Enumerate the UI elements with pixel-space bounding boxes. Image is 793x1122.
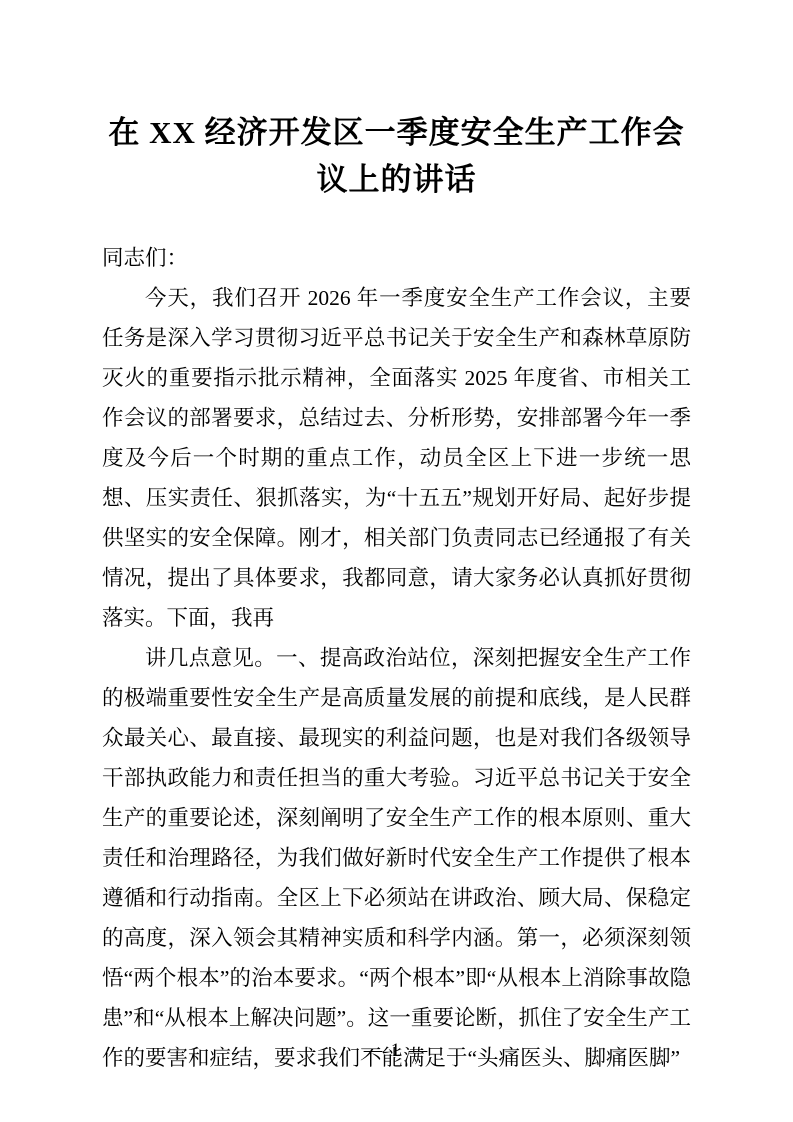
- document-content: 在 XX 经济开发区一季度安全生产工作会 议上的讲话 同志们： 今天，我们召开 …: [0, 0, 793, 1078]
- paragraph-greeting: 同志们：: [102, 238, 691, 278]
- document-title-line-1: 在 XX 经济开发区一季度安全生产工作会: [102, 109, 691, 156]
- paragraph-opening: 今天，我们召开 2026 年一季度安全生产工作会议，主要任务是深入学习贯彻习近平…: [102, 278, 691, 638]
- document-body: 同志们： 今天，我们召开 2026 年一季度安全生产工作会议，主要任务是深入学习…: [102, 238, 691, 1078]
- paragraph-remarks: 讲几点意见。一、提高政治站位，深刻把握安全生产工作的极端重要性安全生产是高质量发…: [102, 638, 691, 1078]
- page-number: — 1 —: [0, 1038, 793, 1064]
- document-title-line-2: 议上的讲话: [102, 156, 691, 203]
- document-title: 在 XX 经济开发区一季度安全生产工作会 议上的讲话: [102, 0, 691, 203]
- document-page: 在 XX 经济开发区一季度安全生产工作会 议上的讲话 同志们： 今天，我们召开 …: [0, 0, 793, 1122]
